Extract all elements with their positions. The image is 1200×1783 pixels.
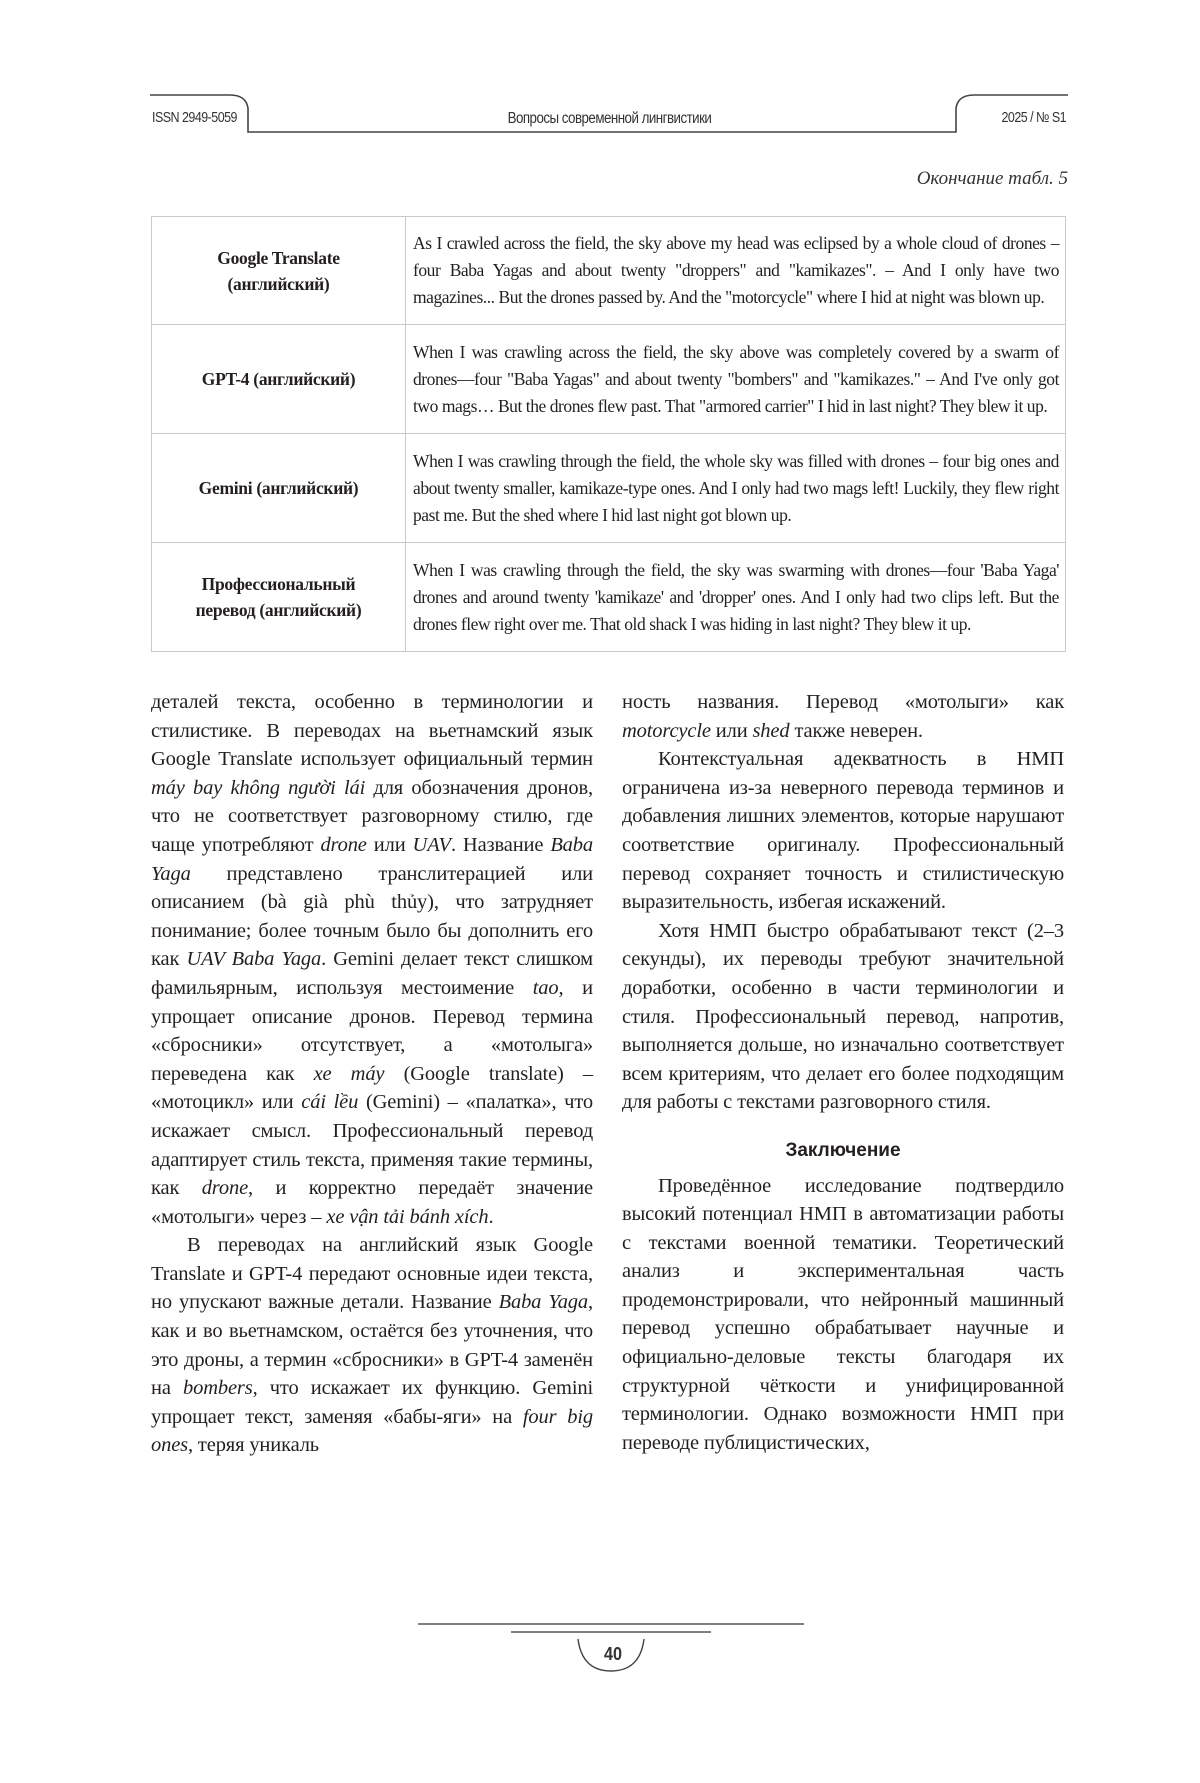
- journal-title: Вопросы современной лингвистики: [150, 110, 1068, 128]
- paragraph: Контекстуальная адекватность в НМП огран…: [622, 745, 1064, 917]
- translation-cell: When I was crawling through the field, t…: [406, 543, 1066, 652]
- paragraph: деталей текста, особенно в терминологии …: [151, 688, 593, 1231]
- body-column-left: деталей текста, особенно в терминологии …: [151, 688, 593, 1460]
- source-label-line1: Gemini (английский): [199, 478, 359, 498]
- journal-title-text: Вопросы современной лингвистики: [507, 110, 711, 128]
- section-heading: Заключение: [622, 1137, 1064, 1166]
- paragraph: Хотя НМП быстро обрабатывают текст (2–3 …: [622, 917, 1064, 1117]
- source-cell: Gemini (английский): [152, 434, 406, 543]
- table-row: Gemini (английский) When I was crawling …: [152, 434, 1066, 543]
- issue-number: 2025 / № S1: [1001, 110, 1066, 126]
- source-label-line1: Профессиональный: [202, 574, 356, 594]
- source-label-line2: (английский): [228, 274, 330, 294]
- table-row: GPT-4 (английский) When I was crawling a…: [152, 325, 1066, 434]
- source-label-line2: перевод (английский): [196, 600, 362, 620]
- table-row: Профессиональный перевод (английский) Wh…: [152, 543, 1066, 652]
- source-label-line1: Google Translate: [217, 248, 339, 268]
- source-cell: Google Translate (английский): [152, 217, 406, 325]
- translation-comparison-table: Google Translate (английский) As I crawl…: [151, 216, 1066, 652]
- paragraph: Проведённое исследование подтвердило выс…: [622, 1172, 1064, 1458]
- running-header: ISSN 2949-5059 Вопросы современной лингв…: [150, 94, 1068, 140]
- table-row: Google Translate (английский) As I crawl…: [152, 217, 1066, 325]
- page-number: 40: [438, 1644, 789, 1665]
- page-footer: 40: [418, 1616, 808, 1686]
- source-label-line1: GPT-4 (английский): [202, 369, 355, 389]
- translation-cell: When I was crawling across the field, th…: [406, 325, 1066, 434]
- paragraph: В переводах на английский язык Google Tr…: [151, 1231, 593, 1460]
- table-caption: Окончание табл. 5: [917, 168, 1068, 190]
- translation-cell: When I was crawling through the field, t…: [406, 434, 1066, 543]
- source-cell: Профессиональный перевод (английский): [152, 543, 406, 652]
- paragraph: ность названия. Перевод «мотолыги» как m…: [622, 688, 1064, 745]
- translation-cell: As I crawled across the field, the sky a…: [406, 217, 1066, 325]
- source-cell: GPT-4 (английский): [152, 325, 406, 434]
- body-column-right: ность названия. Перевод «мотолыги» как m…: [622, 688, 1064, 1457]
